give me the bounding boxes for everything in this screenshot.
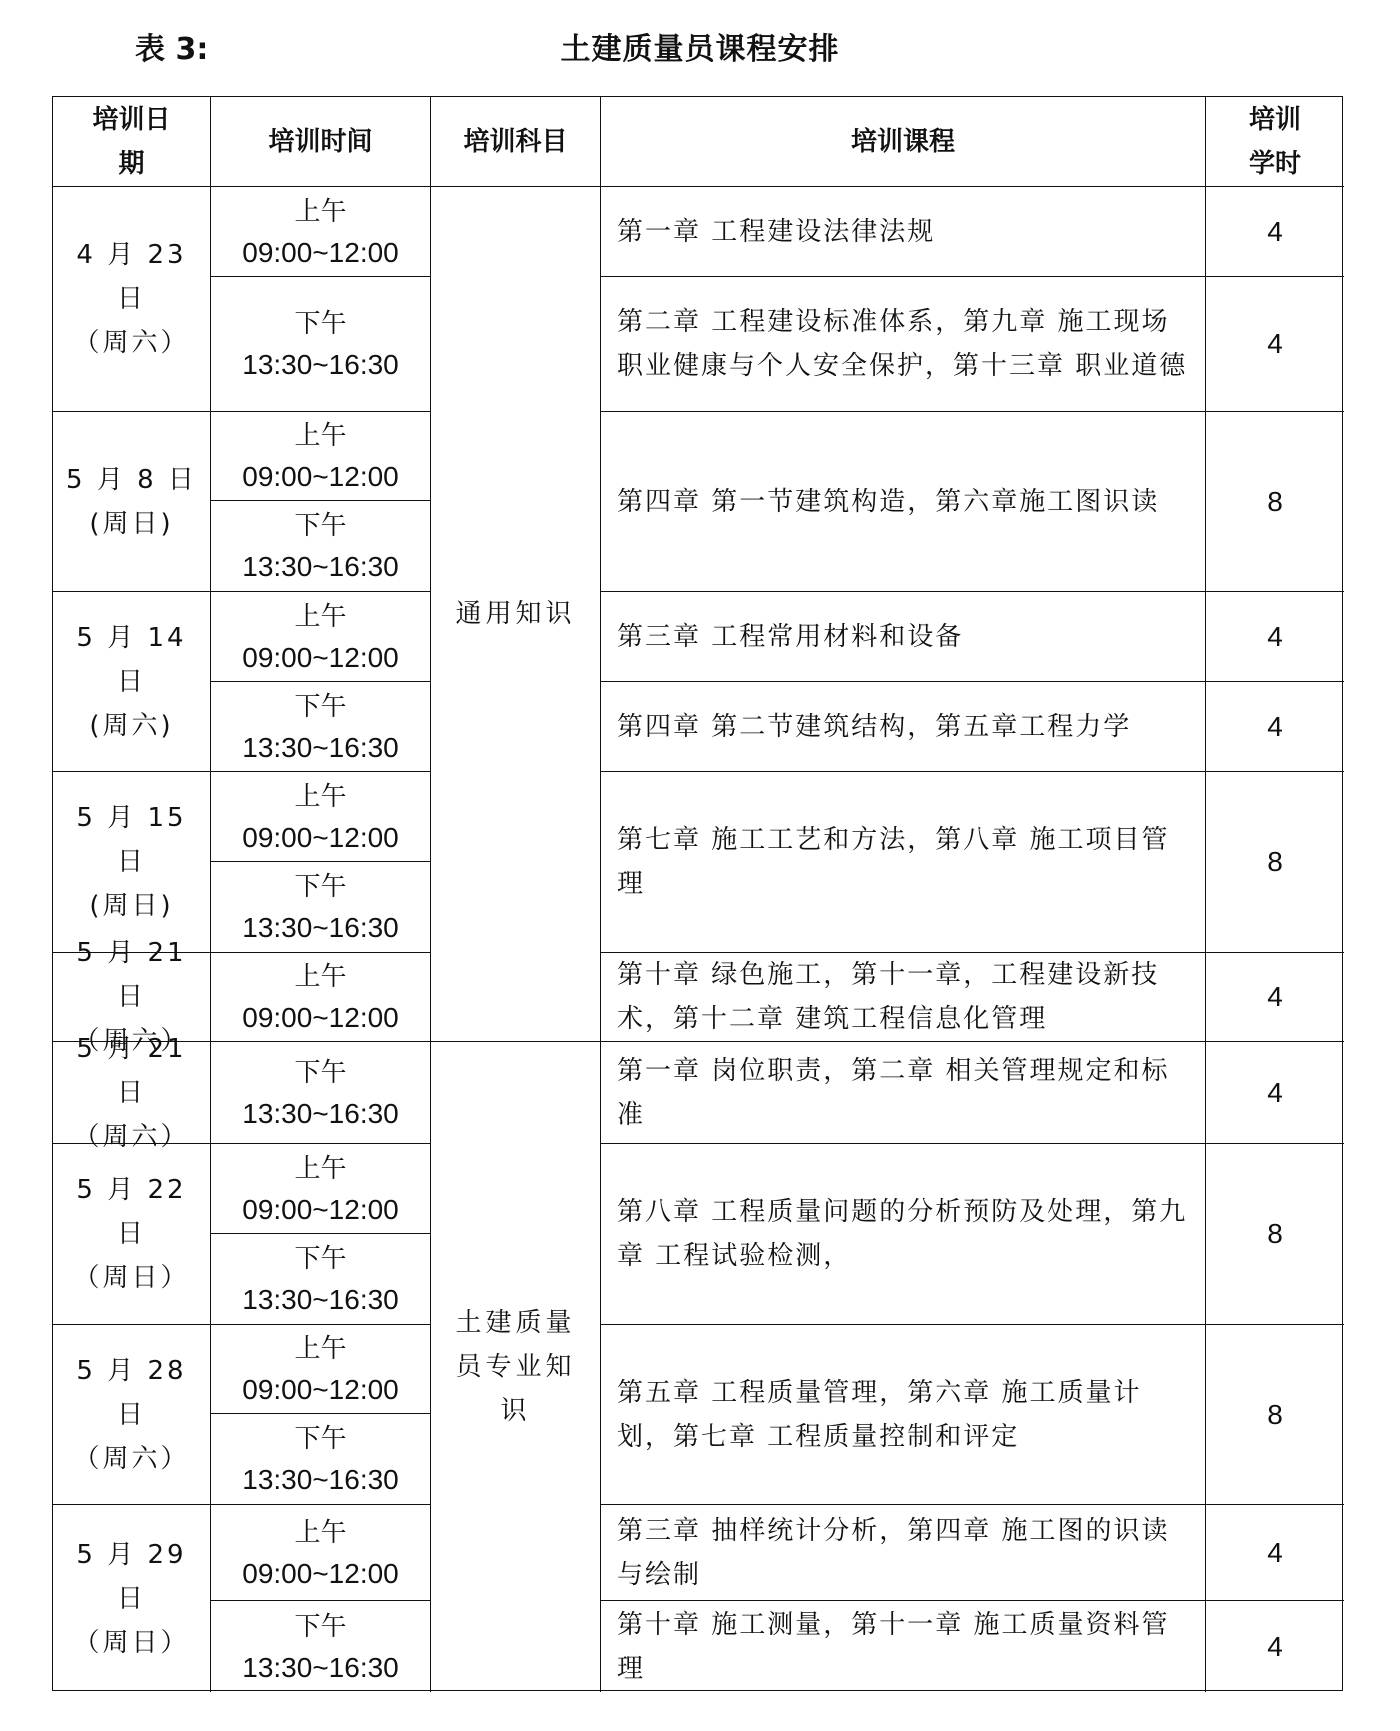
hours-cell: 4 xyxy=(1206,1601,1344,1692)
course-schedule-table: 培训日期 培训时间 培训科目 培训课程 培训学时 4 月 23 日（周六） 5 … xyxy=(52,96,1343,1691)
hours-cell: 8 xyxy=(1206,1144,1344,1325)
hours-cell: 8 xyxy=(1206,1325,1344,1505)
header-date: 培训日期 xyxy=(53,97,211,187)
course-cell: 第八章 工程质量问题的分析预防及处理，第九章 工程试验检测， xyxy=(601,1144,1206,1325)
course-cell: 第三章 抽样统计分析，第四章 施工图的识读与绘制 xyxy=(601,1505,1206,1601)
course-cell: 第一章 工程建设法律法规 xyxy=(601,187,1206,277)
time-slot-am: 上午09:00~12:00 xyxy=(211,1144,431,1234)
time-slot-am: 上午09:00~12:00 xyxy=(211,772,431,862)
course-cell: 第七章 施工工艺和方法，第八章 施工项目管理 xyxy=(601,772,1206,953)
date-cell: 4 月 23 日（周六） xyxy=(53,187,211,412)
date-cell: 5 月 14 日(周六) xyxy=(53,592,211,772)
subject-general: 通用知识 xyxy=(431,187,601,1042)
time-slot-pm: 下午13:30~16:30 xyxy=(211,682,431,772)
course-cell: 第十章 绿色施工，第十一章，工程建设新技术，第十二章 建筑工程信息化管理 xyxy=(601,953,1206,1042)
date-cell: 5 月 29 日（周日） xyxy=(53,1505,211,1692)
course-cell: 第五章 工程质量管理，第六章 施工质量计划，第七章 工程质量控制和评定 xyxy=(601,1325,1206,1505)
time-slot-pm: 下午13:30~16:30 xyxy=(211,1601,431,1692)
header-hours: 培训学时 xyxy=(1206,97,1344,187)
time-slot-pm: 下午13:30~16:30 xyxy=(211,501,431,592)
time-slot-am: 上午09:00~12:00 xyxy=(211,187,431,277)
course-cell: 第四章 第二节建筑结构，第五章工程力学 xyxy=(601,682,1206,772)
hours-cell: 4 xyxy=(1206,187,1344,277)
course-cell: 第二章 工程建设标准体系，第九章 施工现场职业健康与个人安全保护，第十三章 职业… xyxy=(601,277,1206,412)
time-slot-pm: 下午13:30~16:30 xyxy=(211,1414,431,1505)
time-slot-am: 上午09:00~12:00 xyxy=(211,1505,431,1601)
hours-cell: 4 xyxy=(1206,277,1344,412)
hours-cell: 4 xyxy=(1206,953,1344,1042)
subject-professional: 土建质量员专业知识 xyxy=(431,1042,601,1692)
date-cell: 5 月 28 日（周六） xyxy=(53,1325,211,1505)
course-cell: 第三章 工程常用材料和设备 xyxy=(601,592,1206,682)
time-slot-am: 上午09:00~12:00 xyxy=(211,953,431,1042)
time-slot-am: 上午09:00~12:00 xyxy=(211,412,431,501)
hours-cell: 4 xyxy=(1206,1042,1344,1144)
course-cell: 第十章 施工测量，第十一章 施工质量资料管理 xyxy=(601,1601,1206,1692)
header-course: 培训课程 xyxy=(601,97,1206,187)
hours-cell: 4 xyxy=(1206,1505,1344,1601)
time-slot-pm: 下午13:30~16:30 xyxy=(211,1234,431,1325)
date-cell: 5 月 15 日(周日) xyxy=(53,772,211,953)
header-time: 培训时间 xyxy=(211,97,431,187)
time-slot-pm: 下午13:30~16:30 xyxy=(211,277,431,412)
hours-cell: 8 xyxy=(1206,412,1344,592)
time-slot-pm: 下午13:30~16:30 xyxy=(211,862,431,953)
time-slot-pm: 下午13:30~16:30 xyxy=(211,1042,431,1144)
date-cell: 5 月 21 日（周六） xyxy=(53,1042,211,1144)
course-cell: 第四章 第一节建筑构造，第六章施工图识读 xyxy=(601,412,1206,592)
hours-cell: 4 xyxy=(1206,592,1344,682)
header-subject: 培训科目 xyxy=(431,97,601,187)
hours-cell: 4 xyxy=(1206,682,1344,772)
time-slot-am: 上午09:00~12:00 xyxy=(211,592,431,682)
table-title: 土建质量员课程安排 xyxy=(0,24,1400,68)
course-cell: 第一章 岗位职责，第二章 相关管理规定和标准 xyxy=(601,1042,1206,1144)
time-slot-am: 上午09:00~12:00 xyxy=(211,1325,431,1414)
hours-cell: 8 xyxy=(1206,772,1344,953)
date-cell: 5 月 8 日(周日) xyxy=(53,412,211,592)
date-cell: 5 月 22 日（周日） xyxy=(53,1144,211,1325)
